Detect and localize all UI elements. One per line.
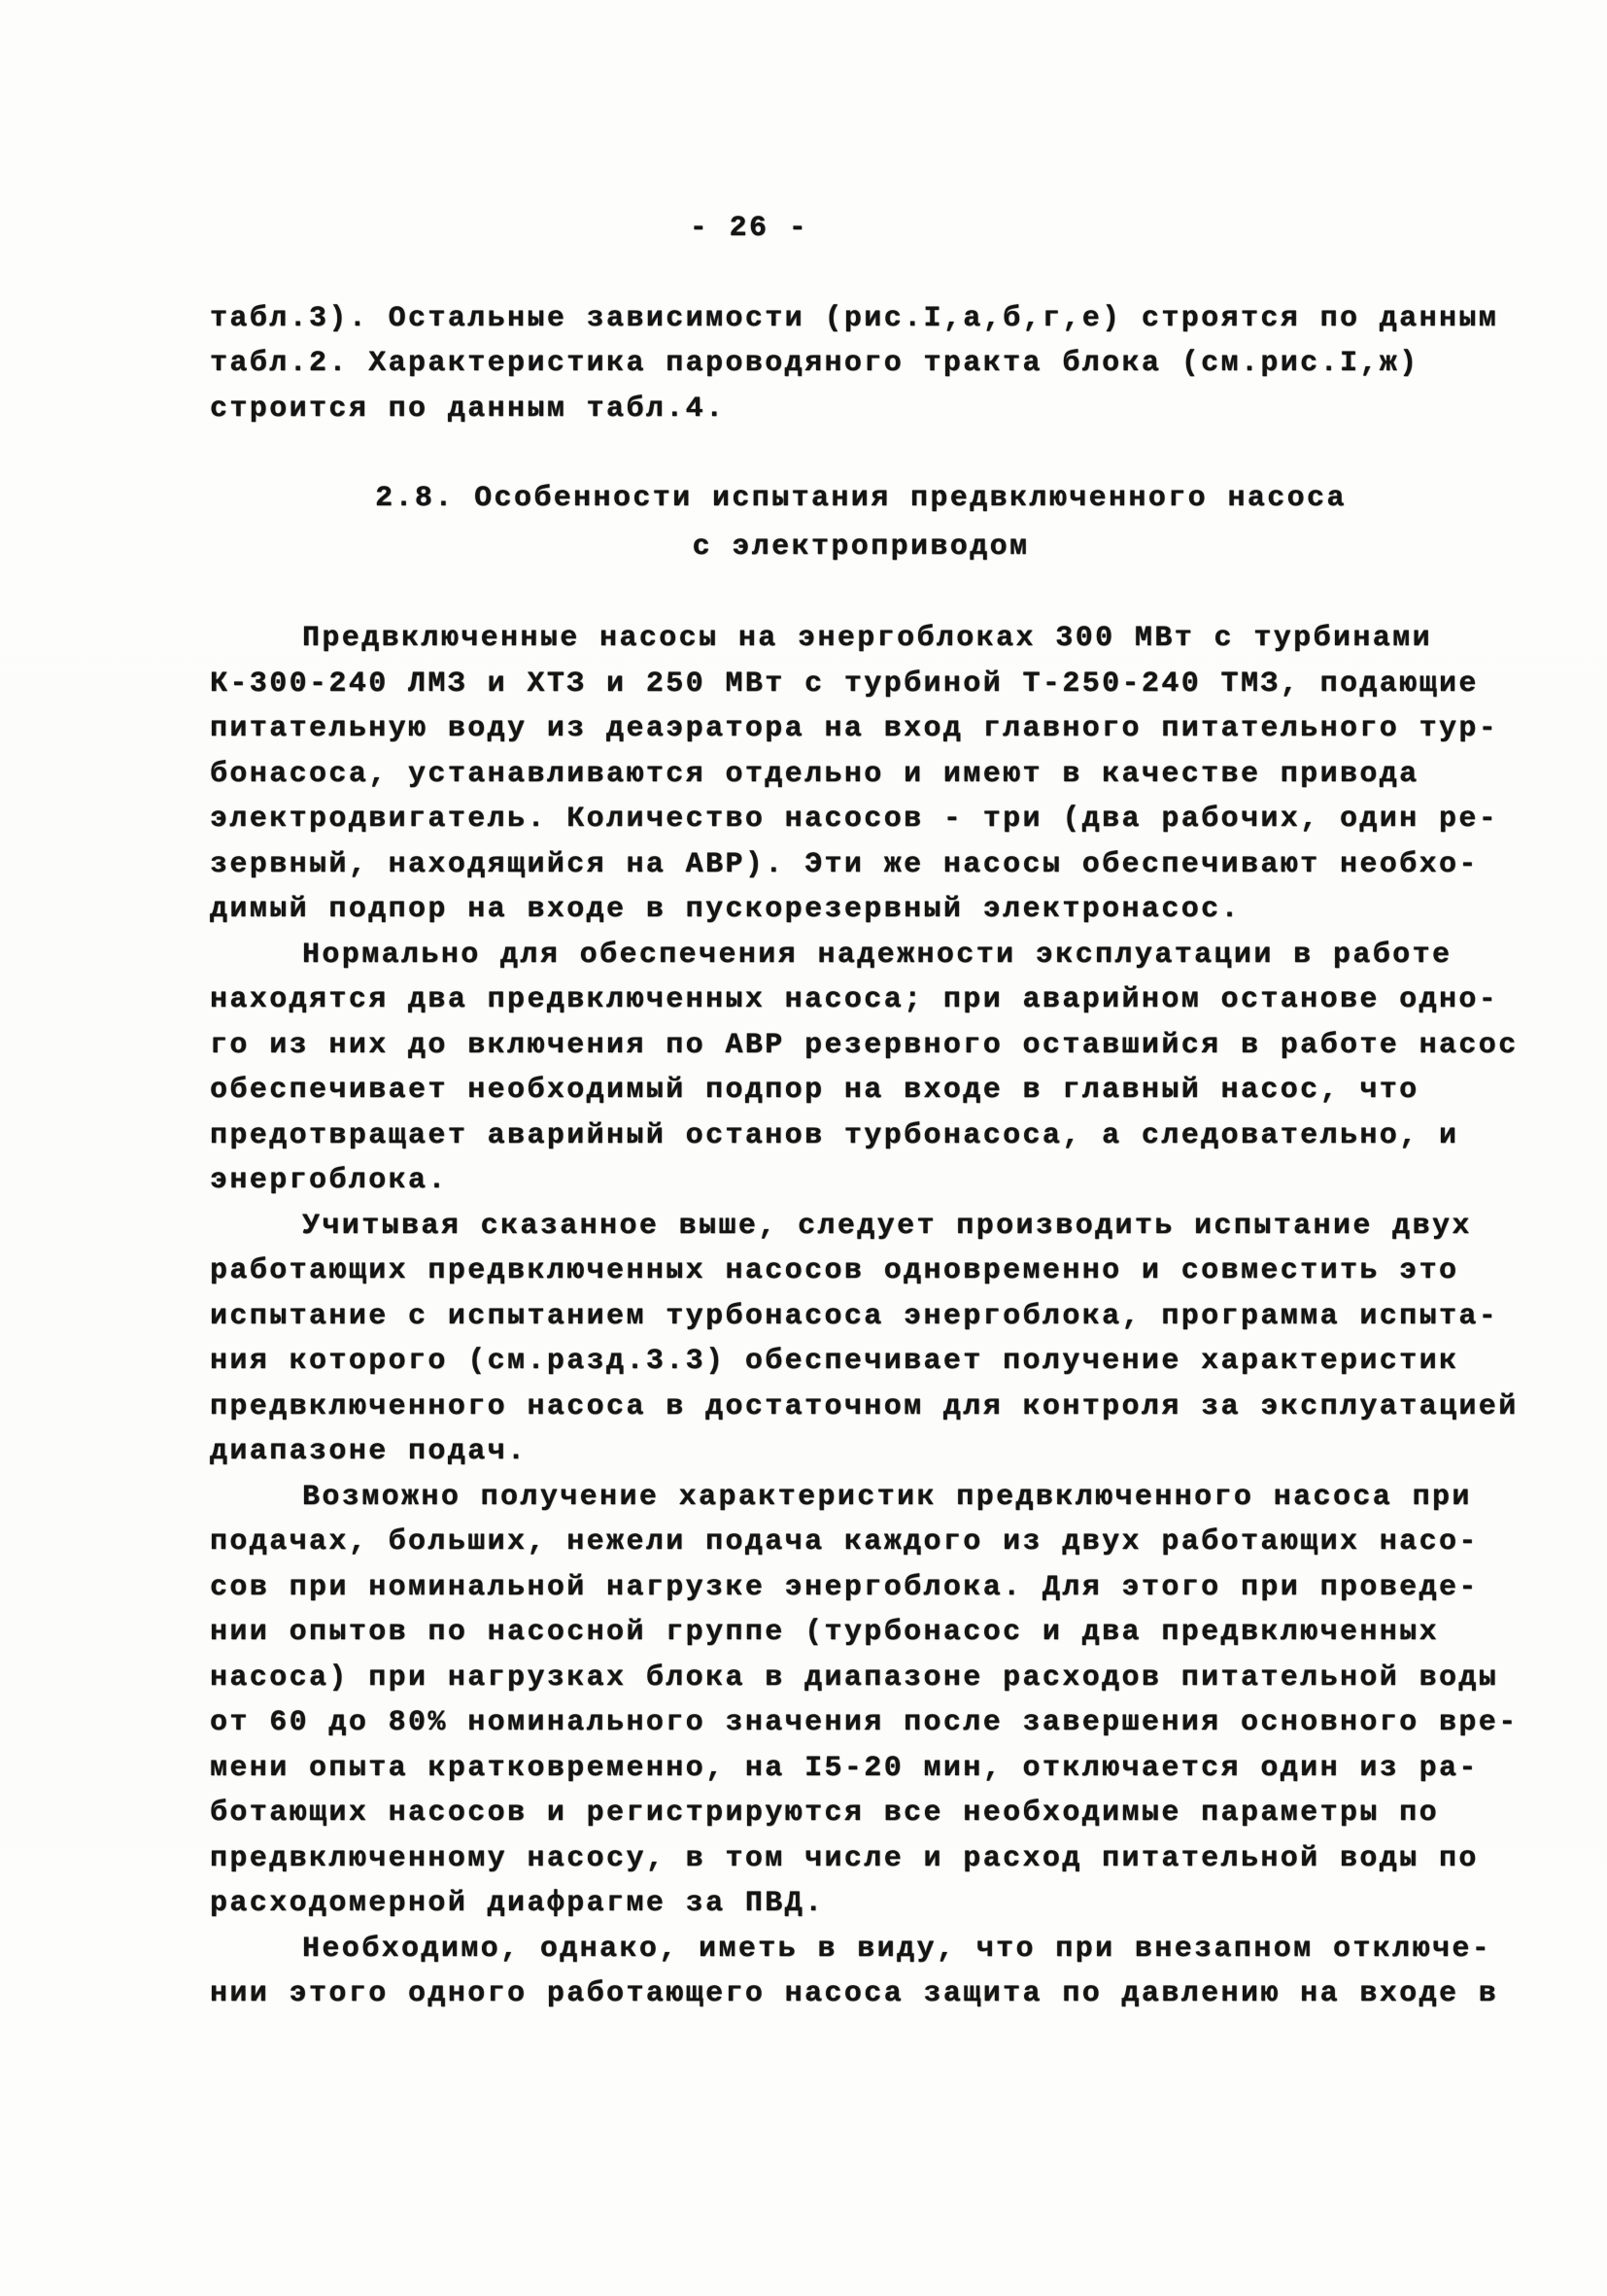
text-line: табл.2. Характеристика пароводяного трак… — [210, 341, 1512, 387]
text-line: Нормально для обеспечения надежности экс… — [210, 933, 1512, 978]
text-line: нии этого одного работающего насоса защи… — [210, 1971, 1512, 2017]
text-line: Необходимо, однако, иметь в виду, что пр… — [210, 1927, 1512, 1972]
text-line: работающих предвключенных насосов одновр… — [210, 1249, 1512, 1294]
text-line: от 60 до 80% номинального значения после… — [210, 1700, 1512, 1746]
text-line: испытание с испытанием турбонасоса энерг… — [210, 1294, 1512, 1340]
text-line: ботающих насосов и регистрируются все не… — [210, 1791, 1512, 1836]
text-line: мени опыта кратковременно, на I5-20 мин,… — [210, 1746, 1512, 1792]
text-line: табл.3). Остальные зависимости (рис.I,а,… — [210, 296, 1512, 342]
intro-paragraph: табл.3). Остальные зависимости (рис.I,а,… — [210, 296, 1512, 432]
text-line: энергоблока. — [210, 1158, 1512, 1204]
section-heading: 2.8. Особенности испытания предвключенно… — [210, 474, 1512, 571]
section-heading-line: 2.8. Особенности испытания предвключенно… — [210, 474, 1512, 523]
text-line: предотвращает аварийный останов турбонас… — [210, 1114, 1512, 1159]
text-line: расходомерной диафрагме за ПВД. — [210, 1881, 1512, 1927]
text-line: димый подпор на входе в пускорезервный э… — [210, 887, 1512, 933]
text-line: обеспечивает необходимый подпор на входе… — [210, 1068, 1512, 1114]
document-page: - 26 - табл.3). Остальные зависимости (р… — [0, 0, 1607, 2296]
text-line: Предвключенные насосы на энергоблоках 30… — [210, 616, 1512, 662]
text-line: бонасоса, устанавливаются отдельно и име… — [210, 752, 1512, 798]
text-line: К-300-240 ЛМЗ и ХТЗ и 250 МВт с турбиной… — [210, 662, 1512, 707]
paragraph: Необходимо, однако, иметь в виду, что пр… — [210, 1927, 1512, 2017]
paragraph: Возможно получение характеристик предвкл… — [210, 1475, 1512, 1927]
text-line: насоса) при нагрузках блока в диапазоне … — [210, 1656, 1512, 1701]
text-line: питательную воду из деаэратора на вход г… — [210, 706, 1512, 752]
section-heading-line: с электроприводом — [210, 523, 1512, 571]
paragraph: Учитывая сказанное выше, следует произво… — [210, 1204, 1512, 1475]
text-line: электродвигатель. Количество насосов - т… — [210, 797, 1512, 842]
text-line: нии опытов по насосной группе (турбонасо… — [210, 1610, 1512, 1656]
text-line: зервный, находящийся на АВР). Эти же нас… — [210, 842, 1512, 888]
text-line: го из них до включения по АВР резервного… — [210, 1023, 1512, 1069]
text-line: Учитывая сказанное выше, следует произво… — [210, 1204, 1512, 1250]
text-line: предвключенного насоса в достаточном для… — [210, 1385, 1512, 1430]
text-line: диапазоне подач. — [210, 1429, 1512, 1475]
paragraph: Нормально для обеспечения надежности экс… — [210, 933, 1512, 1204]
paragraph: Предвключенные насосы на энергоблоках 30… — [210, 616, 1512, 933]
text-line: ния которого (см.разд.3.3) обеспечивает … — [210, 1339, 1512, 1385]
text-line: Возможно получение характеристик предвкл… — [210, 1475, 1512, 1521]
text-line: строится по данным табл.4. — [210, 387, 1512, 432]
text-line: подачах, больших, нежели подача каждого … — [210, 1520, 1512, 1565]
text-line: находятся два предвключенных насоса; при… — [210, 977, 1512, 1023]
text-column: - 26 - табл.3). Остальные зависимости (р… — [210, 206, 1512, 2017]
text-line: сов при номинальной нагрузке энергоблока… — [210, 1565, 1512, 1611]
page-number: - 26 - — [98, 206, 1400, 252]
text-line: предвключенному насосу, в том числе и ра… — [210, 1836, 1512, 1882]
